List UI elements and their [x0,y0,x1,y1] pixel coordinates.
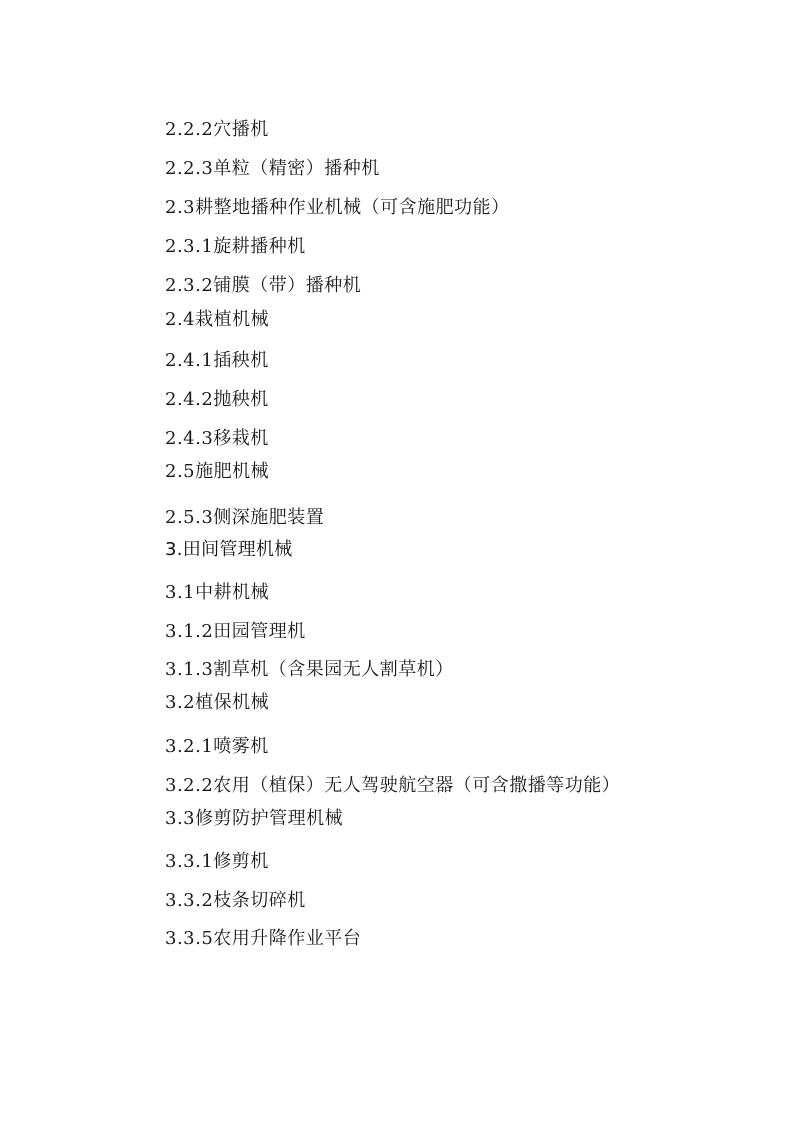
item-2-4-3: 2.4.3移栽机 [165,428,269,450]
item-2-4-1: 2.4.1插秧机 [165,350,269,372]
item-3-3-2: 3.3.2枝条切碎机 [165,890,306,912]
item-3-1-2: 3.1.2田园管理机 [165,621,306,643]
item-2-4-2: 2.4.2抛秧机 [165,389,269,411]
item-2-3-2: 2.3.2铺膜（带）播种机 [165,275,361,297]
item-2-3: 2.3耕整地播种作业机械（可含施肥功能） [165,197,510,219]
document-page: 2.2.2穴播机 2.2.3单粒（精密）播种机 2.3耕整地播种作业机械（可含施… [0,0,792,1121]
item-2-3-1: 2.3.1旋耕播种机 [165,236,306,258]
item-2-2-2: 2.2.2穴播机 [165,119,269,141]
item-3-3-5: 3.3.5农用升降作业平台 [165,928,361,950]
item-3-1-3: 3.1.3割草机（含果园无人割草机） [165,659,454,681]
item-3-1: 3.1中耕机械 [165,582,269,604]
item-3-3-1: 3.3.1修剪机 [165,851,269,873]
item-3-2: 3.2植保机械 [165,692,269,714]
item-2-5-3: 2.5.3侧深施肥装置 [165,507,324,529]
item-2-4: 2.4栽植机械 [165,309,269,331]
item-3-3: 3.3修剪防护管理机械 [165,808,343,830]
item-2-2-3: 2.2.3单粒（精密）播种机 [165,158,380,180]
item-3-2-1: 3.2.1喷雾机 [165,736,269,758]
item-2-5: 2.5施肥机械 [165,461,269,483]
item-3-2-2: 3.2.2农用（植保）无人驾驶航空器（可含撒播等功能） [165,775,620,797]
section-heading-3: 3.田间管理机械 [165,539,293,561]
